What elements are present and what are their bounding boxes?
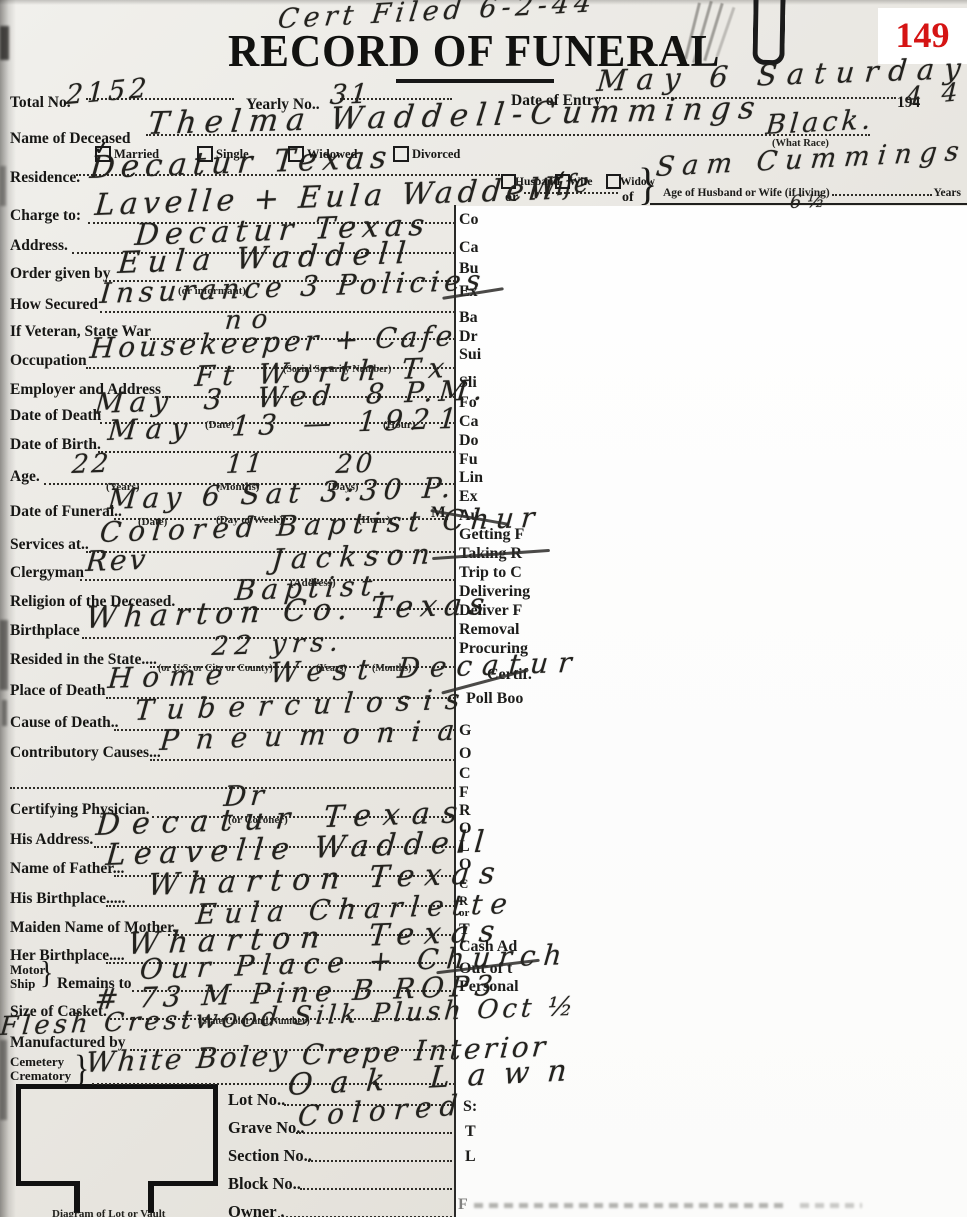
lot-diagram-box — [16, 1084, 218, 1186]
race-value: Black. — [765, 104, 876, 141]
right-column-fragment: Personal — [459, 978, 519, 996]
right-column-fragment: Getting F — [459, 526, 524, 544]
checkbox-widowed — [288, 146, 304, 162]
checkbox-label-widow: Widow — [620, 176, 655, 188]
block-no-label: Block No.. — [228, 1174, 301, 1194]
charge-to-label: Charge to: — [10, 207, 81, 225]
age-value-0: 22 — [71, 449, 113, 480]
remains-to-stacked-label: Ship — [10, 976, 35, 992]
right-column-fragment: O — [459, 820, 471, 838]
services-at-label: Services at.. — [10, 536, 89, 554]
right-column-fragment: Ex — [459, 488, 478, 506]
record-of-funeral-page: 149 Cert Filed 6-2-44 RECORD OF FUNERAL … — [0, 0, 967, 1217]
checkbox-label-single: Single — [216, 147, 249, 162]
right-column-fragment: Dr — [459, 328, 478, 346]
contributory-causes-label: Contributory Causes... — [10, 744, 161, 762]
right-column-fragment: Bu — [459, 260, 479, 278]
right-column-fragment: Fo — [459, 394, 477, 412]
section-no-label: Section No.. — [228, 1146, 312, 1166]
faded-bottom-smear — [800, 1203, 862, 1208]
right-column-fragment: Removal — [459, 621, 519, 639]
date-of-birth-leader — [98, 451, 455, 453]
clergyman-label: Clergyman — [10, 564, 84, 582]
date-of-entry-year-written: 4 4 — [905, 77, 964, 111]
scan-smudge — [2, 700, 7, 726]
grave-no-label: Grave No.. — [228, 1118, 305, 1138]
age-label: Age. — [10, 468, 40, 486]
right-column-fragment: T — [459, 921, 470, 939]
lot-diagram-caption: Diagram of Lot or Vault — [52, 1208, 165, 1217]
right-column-fragment: Ba — [459, 309, 478, 327]
residence-label: Residence. — [10, 169, 80, 187]
scan-smudge — [0, 620, 8, 690]
order-given-by-label: Order given by — [10, 265, 110, 283]
right-column-fragment: Ca — [459, 413, 479, 431]
right-column-fragment: Co — [459, 211, 479, 229]
spouse-of-label: of — [622, 190, 634, 206]
place-of-death-label: Place of Death — [10, 682, 106, 700]
right-column-fragment: Trip to C — [459, 564, 522, 582]
right-column-fragment: or — [459, 907, 469, 919]
right-column-fragment: G — [459, 722, 471, 740]
right-column-fragment: C — [459, 876, 468, 892]
total-no-value: 2152 — [65, 72, 151, 111]
right-column-fragment: L — [459, 838, 470, 856]
checkbox-divorced — [393, 146, 409, 162]
name-of-deceased-label: Name of Deceased — [10, 130, 131, 148]
right-column-fragment: Ca — [459, 239, 479, 257]
section-no-leader — [308, 1160, 452, 1162]
right-column-fragment: Procuring — [459, 640, 528, 658]
his-address-label: His Address. — [10, 831, 93, 849]
right-column-fragment: L — [465, 1148, 476, 1166]
right-column-fragment: F — [459, 784, 469, 802]
birthplace-label: Birthplace — [10, 622, 80, 640]
paperclip — [752, 0, 785, 65]
right-column-fragment: T — [465, 1123, 476, 1141]
checkbox-single — [197, 146, 213, 162]
how-secured-label: How Secured — [10, 296, 98, 314]
right-column-fragment: C — [459, 765, 471, 783]
right-column-fragment: Cash Ad — [459, 938, 517, 956]
title-underline — [396, 79, 554, 83]
age-of-spouse-years-label: Years — [934, 187, 961, 199]
cause-of-death-label: Cause of Death.. — [10, 714, 119, 732]
right-column-fragment: S: — [463, 1098, 477, 1116]
block-no-leader — [300, 1188, 452, 1190]
scan-smudge — [0, 1040, 7, 1120]
lot-diagram-bottom-left — [16, 1181, 80, 1186]
remains-to-brace: } — [40, 956, 53, 993]
right-column-fragment: Poll Boo — [466, 690, 523, 708]
right-column-fragment: Do — [459, 432, 479, 450]
scan-smudge — [0, 26, 9, 60]
checkbox-widow — [606, 174, 621, 189]
right-column-fragment: O — [459, 745, 471, 763]
date-of-death-label: Date of Death — [10, 407, 101, 425]
right-column-fragment: O — [459, 856, 471, 874]
cemetery-crematory-stacked-label: Crematory — [10, 1068, 71, 1084]
right-column-fragment: Sui — [459, 346, 481, 364]
age-value-1: 11 — [225, 449, 267, 480]
right-column-fragment: Sli — [459, 374, 477, 392]
owner-label: Owner . — [228, 1202, 285, 1217]
occupation-label: Occupation — [10, 352, 87, 370]
total-no-label: Total No. — [10, 94, 71, 112]
address-label: Address. — [10, 237, 68, 255]
right-column-fragment: Lin — [459, 469, 483, 487]
checkbox-label-wife: Wife — [569, 176, 592, 188]
faded-bottom-smear — [474, 1203, 784, 1208]
right-column-fragment: Deliver F — [459, 602, 522, 620]
checkbox-label-married: Married — [114, 147, 159, 162]
contributory-causes-leader — [150, 759, 455, 761]
checkbox-label-widowed: Widowed — [307, 147, 357, 162]
right-column-fragment: Fu — [459, 451, 478, 469]
lot-no-label: Lot No.. — [228, 1090, 285, 1110]
age-of-spouse-leader — [832, 194, 932, 196]
right-column-fragment: Delivering — [459, 583, 530, 601]
lot-diagram-bottom-right — [148, 1181, 218, 1186]
faded-bottom-text: F — [458, 1196, 468, 1214]
right-column-fragment: R — [459, 802, 471, 820]
checkbox-label-divorced: Divorced — [412, 147, 460, 162]
spouse-note-written: 6 ½ — [789, 191, 825, 213]
checkmark: ✓ — [93, 137, 111, 160]
grave-no-leader — [296, 1132, 452, 1134]
clergyman-value: Rev — [85, 543, 150, 578]
scan-smudge — [0, 166, 6, 206]
